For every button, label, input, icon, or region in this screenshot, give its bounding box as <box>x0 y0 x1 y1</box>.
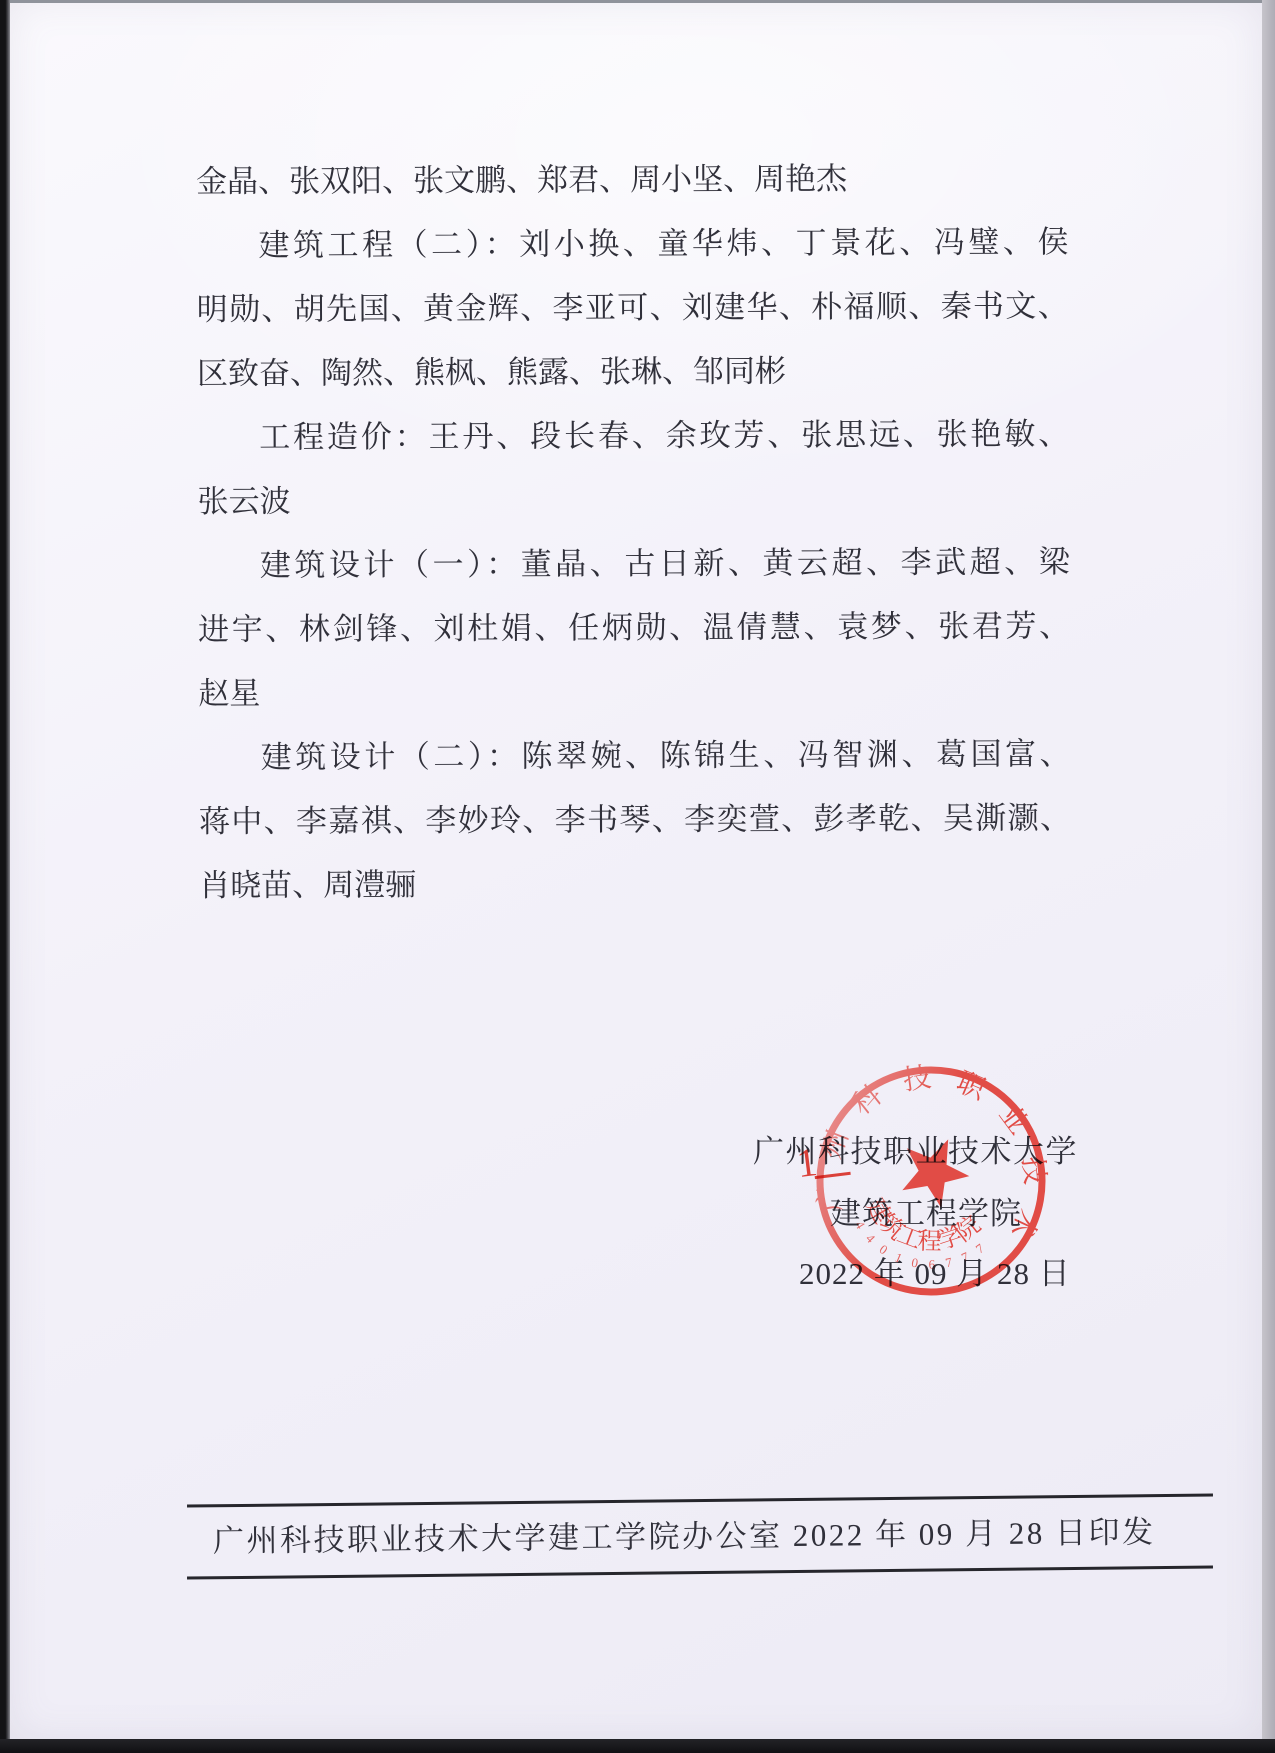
document-body-text: 金晶、张双阳、张文鹏、郑君、周小坚、周艳杰建筑工程（二）：刘小换、童华炜、丁景花… <box>196 146 1071 918</box>
scan-edge-bottom <box>0 1739 1275 1753</box>
footer-imprint-line: 广州科技职业技术大学建工学院办公室 2022 年 09 月 28 日印发 <box>213 1510 1156 1563</box>
text-line: 工程造价：王丹、段长春、余玫芳、张思远、张艳敏、 <box>197 402 1069 470</box>
text-line: 赵星 <box>198 658 1070 726</box>
text-line: 金晶、张双阳、张文鹏、郑君、周小坚、周艳杰 <box>196 146 1068 214</box>
official-seal: 广州科技职业技术大学 建筑工程学院 440106777 <box>786 1036 1076 1326</box>
text-line: 进宇、林剑锋、刘杜娟、任炳勋、温倩慧、袁梦、张君芳、 <box>198 594 1070 662</box>
scan-edge-top <box>0 0 1275 3</box>
text-line: 明勋、胡先国、黄金辉、李亚可、刘建华、朴福顺、秦书文、 <box>197 274 1069 342</box>
text-line: 区致奋、陶然、熊枫、熊露、张琳、邹同彬 <box>197 338 1069 406</box>
seal-bottom-text: 建筑工程学院 <box>854 1191 989 1266</box>
text-line: 肖晓苗、周澧骊 <box>199 850 1071 918</box>
seal-arc-text: 广州科技职业技术大学 <box>805 1044 1068 1254</box>
star-icon <box>890 1126 979 1213</box>
text-line: 建筑工程（二）：刘小换、童华炜、丁景花、冯璧、侯 <box>196 210 1068 278</box>
text-line: 建筑设计（二）：陈翠婉、陈锦生、冯智渊、葛国富、 <box>199 722 1071 790</box>
text-line: 建筑设计（一）：董晶、古日新、黄云超、李武超、梁 <box>198 530 1070 598</box>
scan-edge-right <box>1262 0 1275 1753</box>
scan-edge-left <box>0 0 10 1753</box>
text-line: 蒋中、李嘉祺、李妙玲、李书琴、李奕萱、彭孝乾、吴澌灏、 <box>199 786 1071 854</box>
text-line: 张云波 <box>197 466 1069 534</box>
scanned-document-page: { "colors":{"seal_red":"#ee4238","ink":"… <box>0 0 1275 1753</box>
